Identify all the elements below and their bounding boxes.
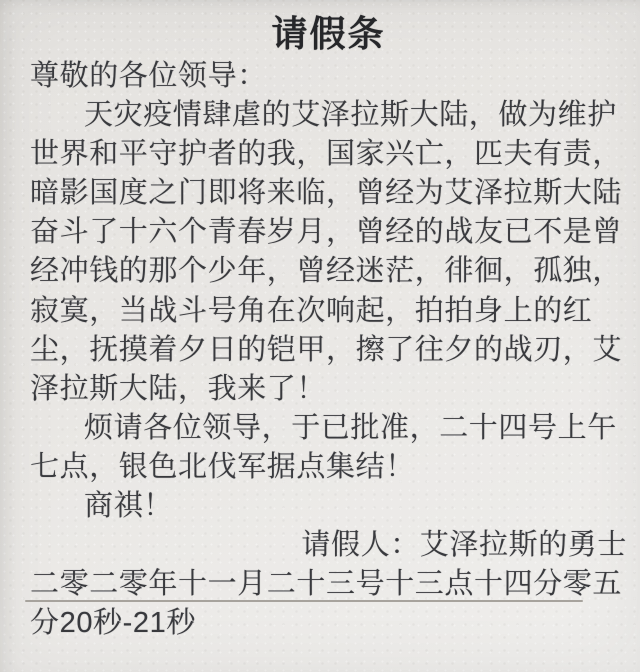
- closing-line: 商祺！: [30, 487, 627, 526]
- body-line: 奋斗了十六个青春岁月，曾经的战友已不是曾: [30, 213, 627, 252]
- body-line: 泽拉斯大陆，我来了！: [30, 370, 627, 409]
- leave-note-document: 请假条 尊敬的各位领导：天灾疫情肆虐的艾泽拉斯大陆，做为维护世界和平守护者的我，…: [0, 0, 640, 672]
- body-line: 天灾疫情肆虐的艾泽拉斯大陆，做为维护: [30, 96, 627, 135]
- request-line: 七点，银色北伐军据点集结！: [30, 448, 627, 487]
- salutation-line: 尊敬的各位领导：: [30, 57, 627, 96]
- note-body: 尊敬的各位领导：天灾疫情肆虐的艾泽拉斯大陆，做为维护世界和平守护者的我，国家兴亡…: [30, 57, 627, 643]
- date-line: 二零二零年十一月二十三号十三点十四分零五: [30, 565, 627, 604]
- request-line: 烦请各位领导，于已批准，二十四号上午: [30, 409, 627, 448]
- body-line: 暗影国度之门即将来临，曾经为艾泽拉斯大陆: [30, 174, 627, 213]
- note-title: 请假条: [30, 10, 627, 57]
- date-underline: [25, 600, 583, 602]
- body-line: 经冲钱的那个少年，曾经迷茫，徘徊，孤独，: [30, 252, 627, 291]
- signature-line: 请假人：艾泽拉斯的勇士: [30, 526, 627, 565]
- date-line: 分20秒-21秒: [30, 604, 627, 643]
- body-line: 世界和平守护者的我，国家兴亡，匹夫有责，: [30, 135, 627, 174]
- body-line: 尘，抚摸着夕日的铠甲，擦了往夕的战刃，艾: [30, 331, 627, 370]
- body-line: 寂寞，当战斗号角在次响起，拍拍身上的红: [30, 292, 627, 331]
